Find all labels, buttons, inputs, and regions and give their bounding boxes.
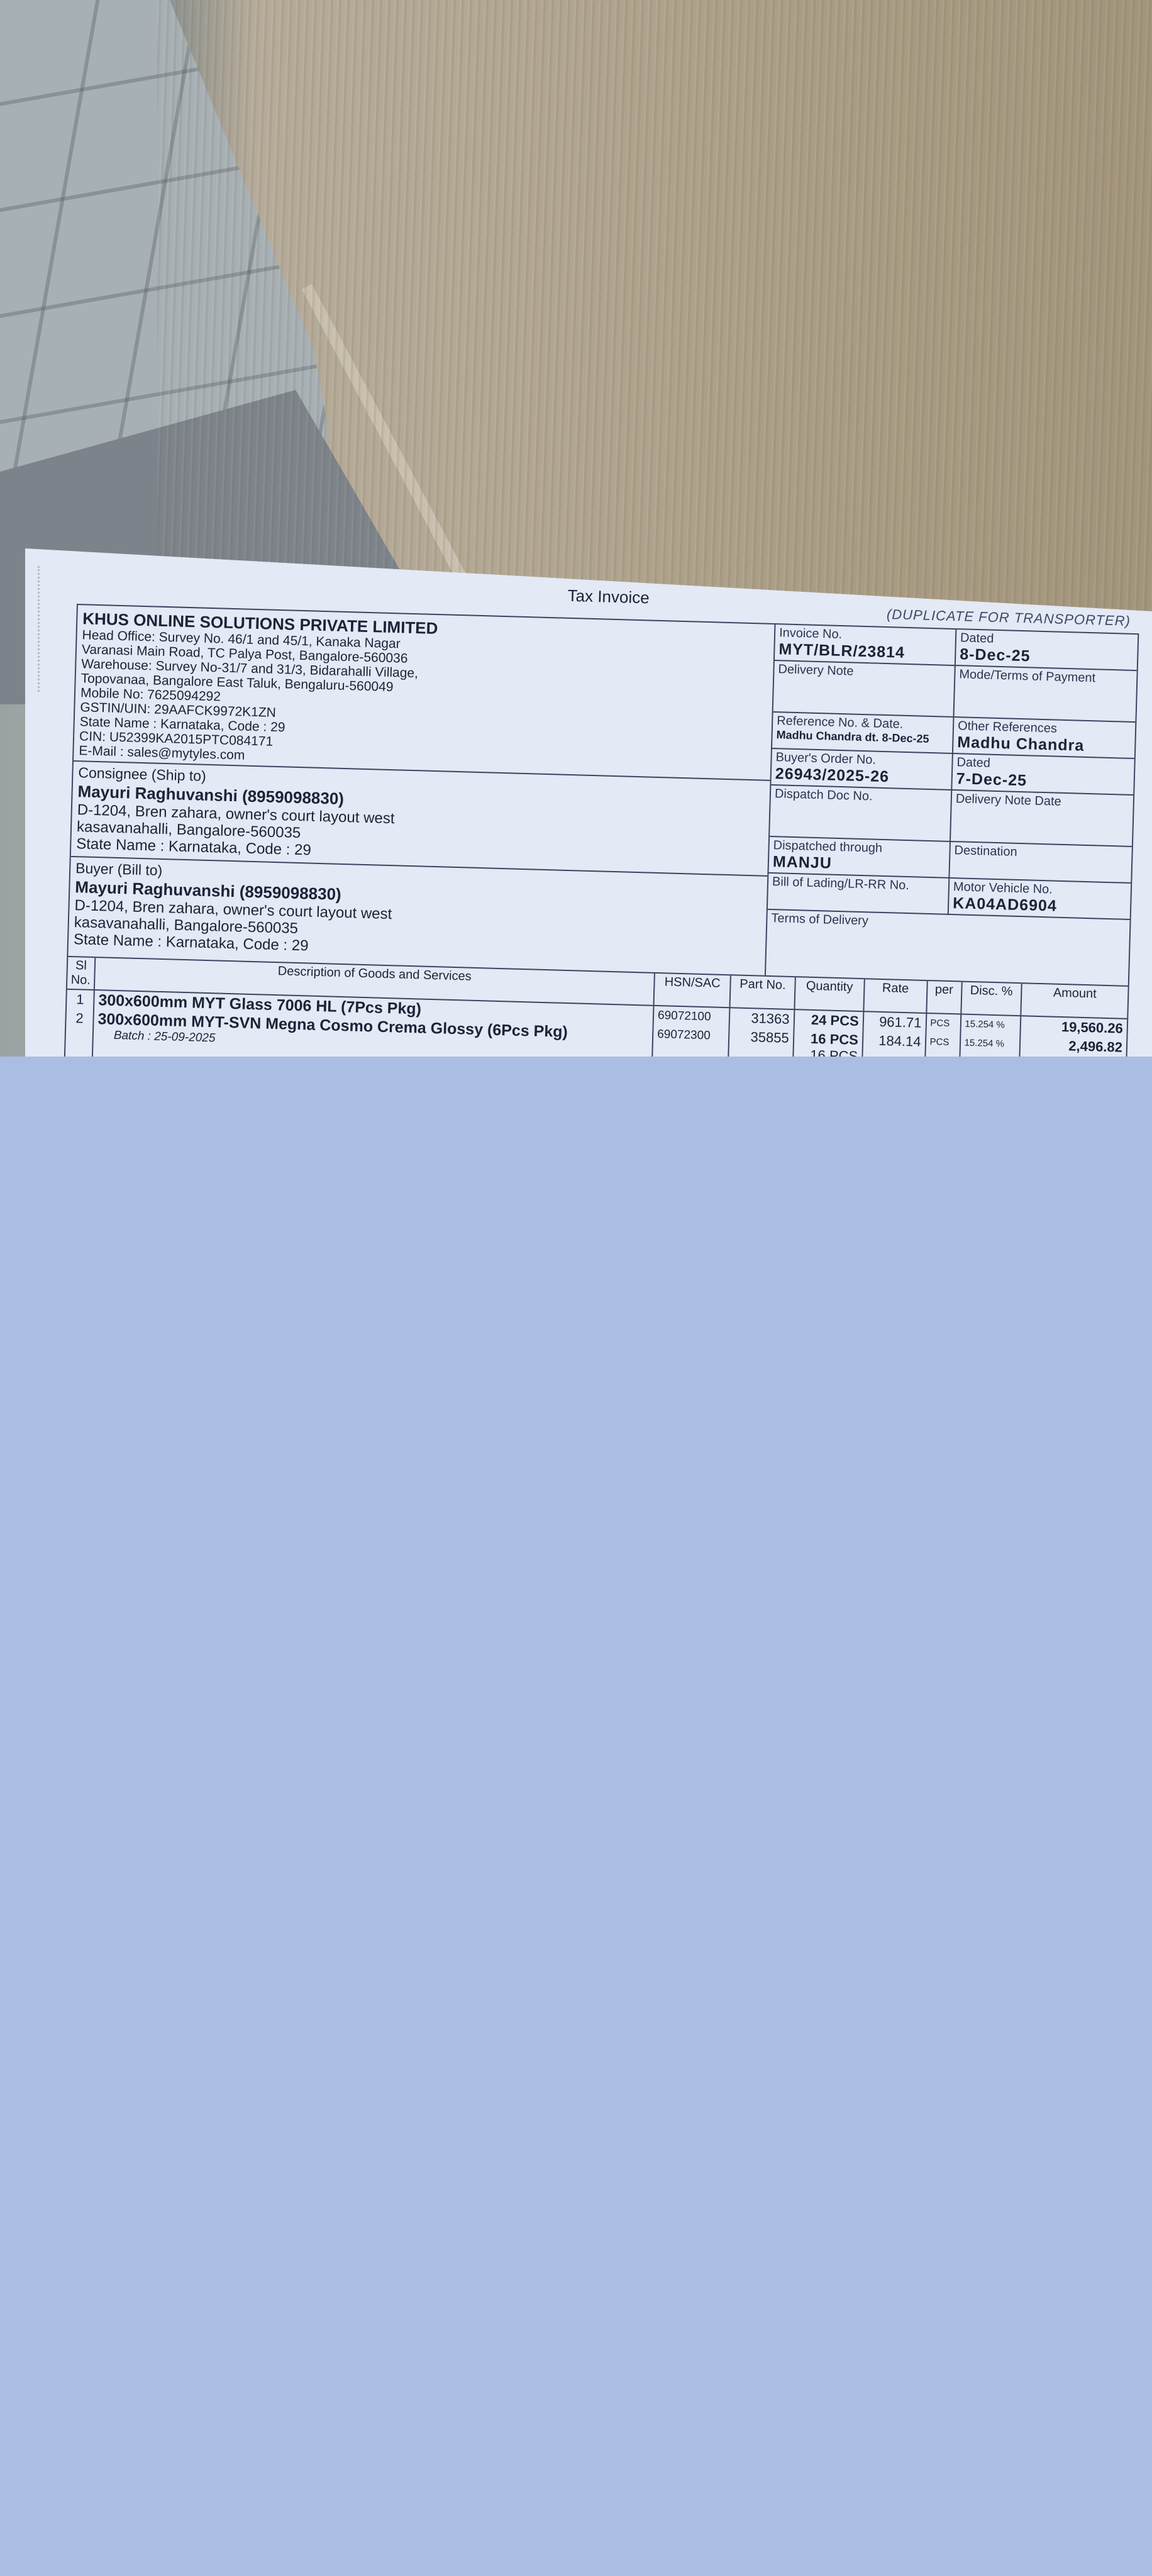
buyer-block: Buyer (Bill to) Mayuri Raghuvanshi (8959… <box>69 857 768 971</box>
item-per: PCS <box>926 1013 961 1034</box>
document-title: Tax Invoice <box>567 586 650 608</box>
delivery-note-label: Delivery Note <box>778 662 951 682</box>
buyer-order-cell: Buyer's Order No. 26943/2025-26 <box>771 749 953 791</box>
item-disc: 15.254 % <box>960 1014 1021 1036</box>
item-sl: 2 <box>65 1009 94 1045</box>
dispatch-doc-cell: Dispatch Doc No. <box>770 786 952 842</box>
bill-of-lading-label: Bill of Lading/LR-RR No. <box>772 875 945 894</box>
blank-area <box>0 1057 1152 2576</box>
bill-of-lading-cell: Bill of Lading/LR-RR No. <box>768 874 950 915</box>
terms-of-delivery: Terms of Delivery <box>766 910 1130 985</box>
item-sl: 1 <box>67 989 94 1009</box>
destination-cell: Destination <box>950 842 1132 884</box>
col-disc: Disc. % <box>961 982 1022 1016</box>
dispatched-through-cell: Dispatched through MANJU <box>768 837 951 879</box>
destination-label: Destination <box>954 843 1128 863</box>
invoice-date-cell: Dated 8-Dec-25 <box>956 630 1138 671</box>
col-part: Part No. <box>730 975 795 1009</box>
col-rate: Rate <box>863 979 927 1013</box>
delivery-note-cell: Delivery Note <box>773 661 956 718</box>
col-per: per <box>926 980 961 1014</box>
order-date-cell: Dated 7-Dec-25 <box>952 754 1134 796</box>
item-hsn: 69072100 <box>653 1006 730 1027</box>
dispatch-doc-label: Dispatch Doc No. <box>775 787 948 806</box>
invoice-no-cell: Invoice No. MYT/BLR/23814 <box>775 625 957 666</box>
item-part: 31363 <box>729 1008 794 1029</box>
parties-column: KHUS ONLINE SOLUTIONS PRIVATE LIMITED He… <box>68 605 775 975</box>
col-hsn: HSN/SAC <box>654 973 731 1008</box>
details-column: Invoice No. MYT/BLR/23814 Dated 8-Dec-25… <box>766 625 1138 985</box>
tax-invoice: Tax Invoice (DUPLICATE FOR TRANSPORTER) … <box>64 604 1139 1095</box>
col-amount: Amount <box>1021 983 1127 1019</box>
seller-block: KHUS ONLINE SOLUTIONS PRIVATE LIMITED He… <box>74 605 775 781</box>
delivery-note-date-label: Delivery Note Date <box>956 792 1130 811</box>
faded-stamp <box>38 566 56 692</box>
item-amount: 19,560.26 <box>1020 1016 1127 1038</box>
invoice-frame: (DUPLICATE FOR TRANSPORTER) KHUS ONLINE … <box>64 604 1139 1095</box>
vehicle-cell: Motor Vehicle No. KA04AD6904 <box>949 879 1131 920</box>
item-rate: 961.71 <box>863 1011 926 1033</box>
reference-cell: Reference No. & Date. Madhu Chandra dt. … <box>772 713 955 754</box>
item-quantity: 16 PCS <box>797 1030 858 1048</box>
col-sl: Sl No. <box>67 957 95 990</box>
item-quantity: 24 PCS <box>794 1009 863 1031</box>
delivery-note-date-cell: Delivery Note Date <box>951 791 1133 847</box>
payment-terms-label: Mode/Terms of Payment <box>959 667 1133 687</box>
other-references-cell: Other References Madhu Chandra <box>953 718 1136 759</box>
col-quantity: Quantity <box>794 977 865 1011</box>
consignee-block: Consignee (Ship to) Mayuri Raghuvanshi (… <box>71 762 770 877</box>
payment-terms-cell: Mode/Terms of Payment <box>954 666 1136 723</box>
